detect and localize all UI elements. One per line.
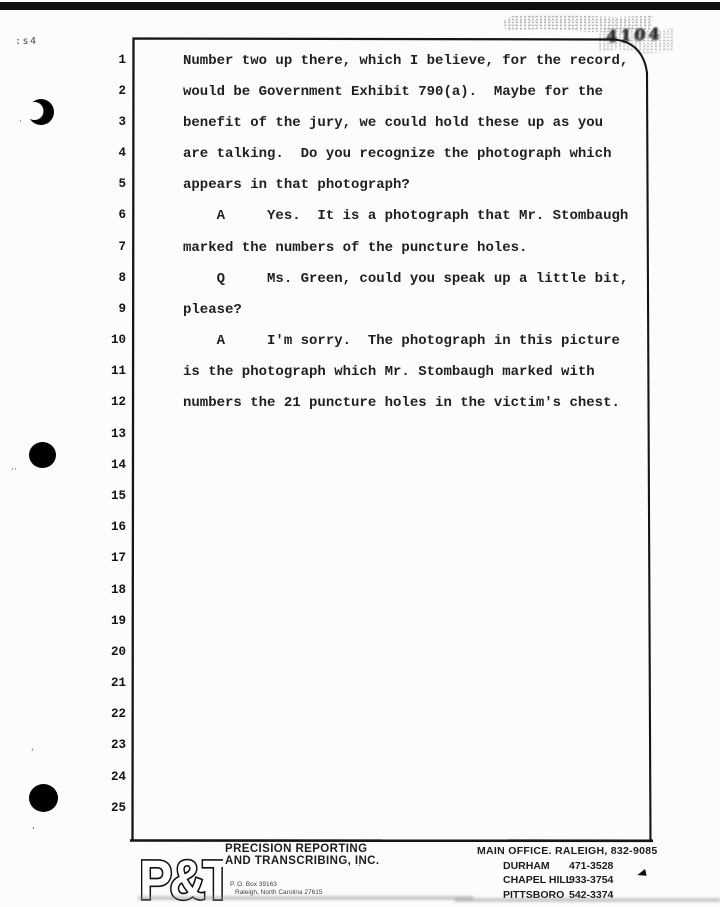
line-number: 13: [93, 427, 126, 441]
transcript-row: 21: [0, 676, 700, 694]
line-number: 7: [93, 240, 126, 254]
transcript-line-text: A Yes. It is a photograph that Mr. Stomb…: [183, 208, 628, 224]
transcript-line-text: benefit of the jury, we could hold these…: [183, 115, 603, 131]
office-row: CHAPEL HILL933-3754: [477, 874, 707, 886]
company-address: P. O. Box 39163 Raleigh, North Carolina …: [230, 881, 322, 896]
office-phone: 471-3528: [569, 860, 613, 872]
transcript-row: 13: [0, 427, 700, 445]
line-number: 3: [93, 115, 126, 129]
line-number: 6: [93, 208, 126, 222]
pt-logo: P&T.: [141, 843, 223, 903]
transcript-page: 4104 :s4 · ·· ' , . 1Number two up there…: [0, 0, 720, 907]
office-name: DURHAM: [503, 860, 550, 872]
line-number: 22: [93, 707, 126, 721]
transcript-row: 11is the photograph which Mr. Stombaugh …: [0, 364, 700, 382]
transcript-row: 18: [0, 583, 700, 601]
transcript-line-text: Number two up there, which I believe, fo…: [183, 53, 628, 69]
transcript-row: 7marked the numbers of the puncture hole…: [0, 240, 700, 258]
contact-block: MAIN OFFICE. RALEIGH, 832-9085 DURHAM471…: [477, 845, 707, 901]
company-name-line1: PRECISION REPORTING: [225, 844, 379, 856]
line-number: 16: [93, 520, 126, 534]
address-line1: P. O. Box 39163: [230, 881, 322, 889]
line-number: 20: [93, 645, 126, 659]
transcript-row: 2would be Government Exhibit 790(a). May…: [0, 84, 700, 102]
transcript-row: 17: [0, 551, 700, 569]
office-phone-list: DURHAM471-3528CHAPEL HILL933-3754PITTSBO…: [477, 860, 707, 901]
transcript-row: 3benefit of the jury, we could hold thes…: [0, 115, 700, 133]
line-number: 5: [93, 177, 126, 191]
main-office-line: MAIN OFFICE. RALEIGH, 832-9085: [477, 845, 707, 857]
transcript-line-text: Q Ms. Green, could you speak up a little…: [183, 271, 628, 287]
transcript-row: 16: [0, 520, 700, 538]
transcript-line-text: numbers the 21 puncture holes in the vic…: [183, 395, 620, 411]
address-line2: Raleigh, North Carolina 27615: [235, 889, 322, 897]
transcript-line-text: please?: [183, 302, 242, 318]
line-number: 19: [93, 614, 126, 628]
scan-streak: [138, 896, 473, 900]
transcript-row: 15: [0, 489, 700, 507]
transcript-line-text: would be Government Exhibit 790(a). Mayb…: [183, 84, 603, 100]
line-number: 9: [93, 302, 126, 316]
line-number: 12: [93, 395, 126, 409]
transcript-row: 9please?: [0, 302, 700, 320]
transcript-row: 25: [0, 801, 700, 819]
company-name-line2: AND TRANSCRIBING, INC.: [225, 856, 379, 868]
transcript-line-text: A I'm sorry. The photograph in this pict…: [183, 333, 620, 349]
transcript-row: 12numbers the 21 puncture holes in the v…: [0, 395, 700, 413]
transcript-row: 24: [0, 770, 700, 788]
line-number: 24: [93, 770, 126, 784]
transcript-row: 10 A I'm sorry. The photograph in this p…: [0, 333, 700, 351]
line-number: 17: [93, 551, 126, 565]
line-number: 21: [93, 676, 126, 690]
line-number: 18: [93, 583, 126, 597]
line-number: 23: [93, 738, 126, 752]
office-name: CHAPEL HILL: [503, 874, 572, 886]
line-number: 1: [93, 53, 126, 67]
company-name: PRECISION REPORTING AND TRANSCRIBING, IN…: [225, 844, 379, 867]
transcript-row: 23: [0, 738, 700, 756]
line-number: 15: [93, 489, 126, 503]
office-phone: 933-3754: [569, 874, 613, 886]
line-number: 4: [93, 146, 126, 160]
line-number: 8: [93, 271, 126, 285]
line-number: 11: [93, 364, 126, 378]
line-number: 10: [93, 333, 126, 347]
transcript-line-text: is the photograph which Mr. Stombaugh ma…: [183, 364, 595, 380]
transcript-line-text: marked the numbers of the puncture holes…: [183, 240, 527, 256]
transcript-line-text: appears in that photograph?: [183, 177, 410, 193]
transcript-row: 6 A Yes. It is a photograph that Mr. Sto…: [0, 208, 700, 226]
scan-streak: [455, 898, 720, 902]
transcript-row: 14: [0, 458, 700, 476]
transcript-row: 22: [0, 707, 700, 725]
transcript-row: 5appears in that photograph?: [0, 177, 700, 195]
transcript-row: 20: [0, 645, 700, 663]
line-number: 2: [93, 84, 126, 98]
office-row: DURHAM471-3528: [477, 860, 707, 872]
line-number: 14: [93, 458, 126, 472]
line-number: 25: [93, 801, 126, 815]
transcript-line-text: are talking. Do you recognize the photog…: [183, 146, 611, 162]
transcript-body: 1Number two up there, which I believe, f…: [0, 0, 720, 850]
transcript-row: 4are talking. Do you recognize the photo…: [0, 146, 700, 164]
transcript-row: 8 Q Ms. Green, could you speak up a litt…: [0, 271, 700, 289]
transcript-row: 19: [0, 614, 700, 632]
transcript-row: 1Number two up there, which I believe, f…: [0, 53, 700, 71]
pt-logo-text: P&T.: [141, 849, 223, 903]
